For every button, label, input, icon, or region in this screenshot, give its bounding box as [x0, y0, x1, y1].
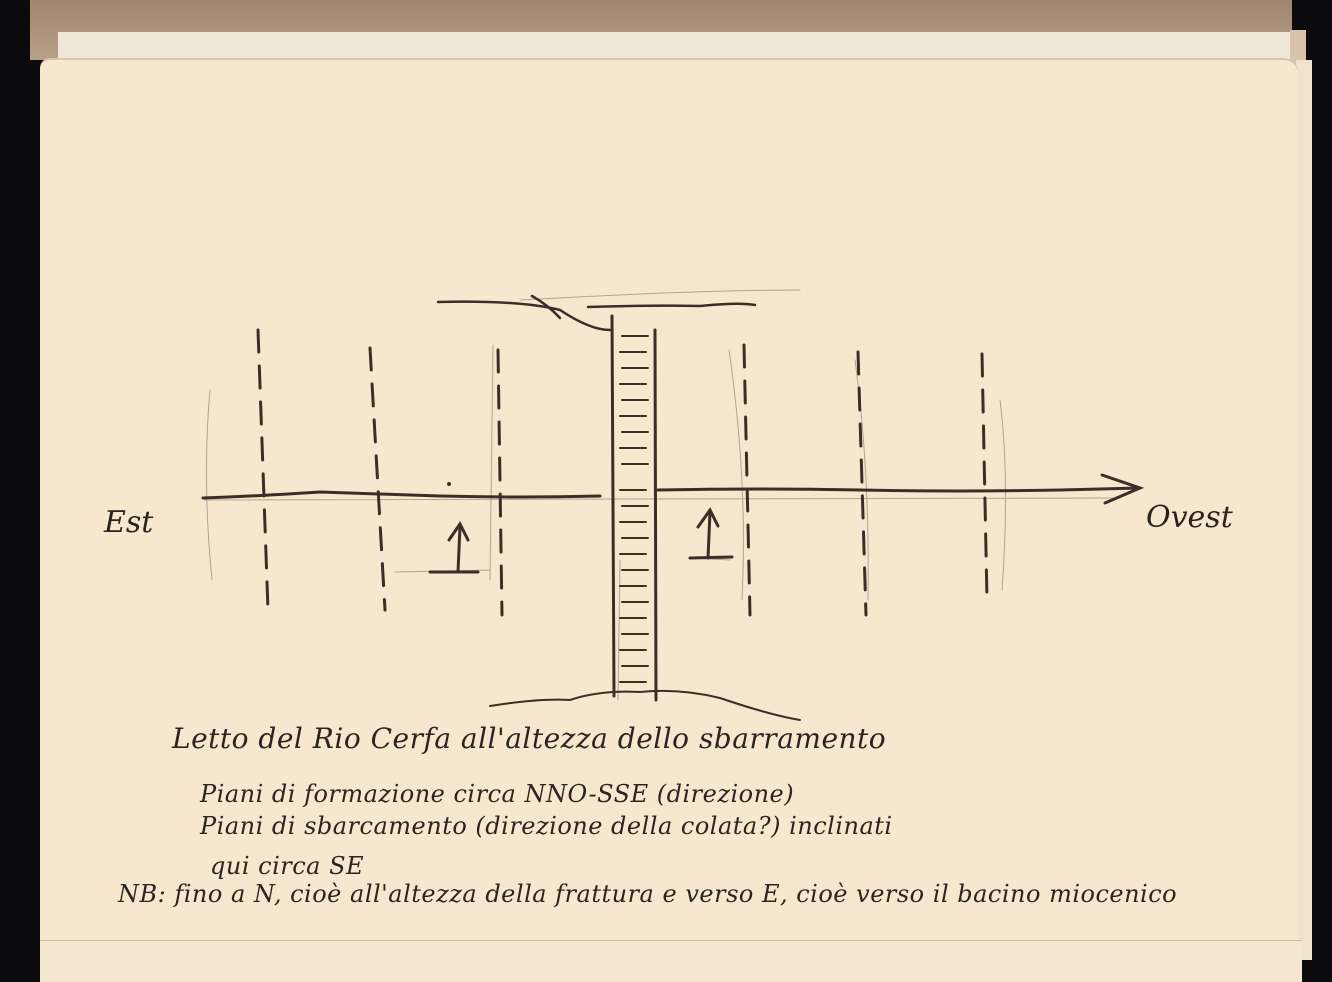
note-line-5: NB: fino a N, cioè all'altezza della fra…: [118, 880, 1177, 908]
note-line-2: Piani di formazione circa NNO-SSE (direz…: [200, 780, 794, 808]
note-line-3: Piani di sbarcamento (direzione della co…: [200, 812, 893, 840]
note-line-4: qui circa SE: [210, 852, 364, 880]
label-est: Est: [104, 505, 153, 540]
label-ovest: Ovest: [1146, 500, 1233, 535]
note-title: Letto del Rio Cerfa all'altezza dello sb…: [172, 722, 886, 755]
